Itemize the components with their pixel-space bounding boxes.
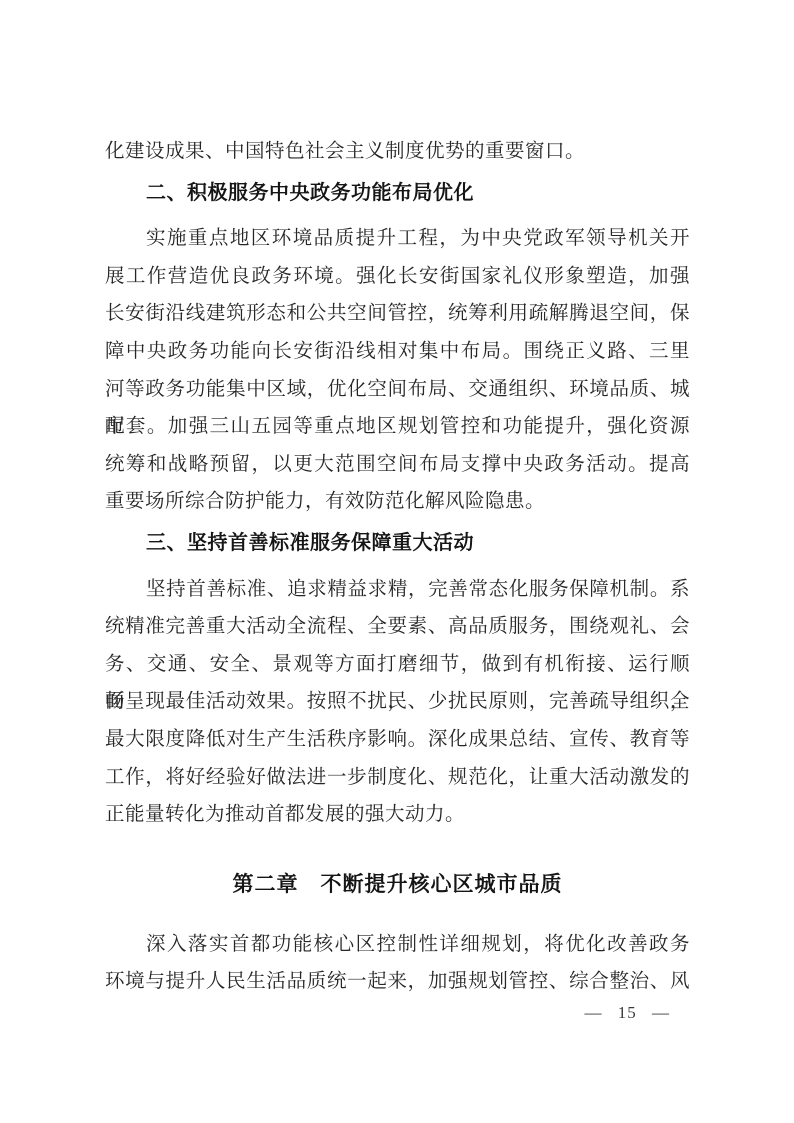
- body-line: 重要场所综合防护能力，有效防范化解风险隐患。: [105, 483, 690, 521]
- body-line: 统筹和战略预留，以更大范围空间布局支撑中央政务活动。提高: [105, 446, 690, 484]
- chapter-heading: 第二章 不断提升核心区城市品质: [105, 864, 690, 906]
- body-line: 工作，将好经验好做法进一步制度化、规范化，让重大活动激发的: [105, 759, 690, 797]
- document-page: 化建设成果、中国特色社会主义制度优势的重要窗口。二、积极服务中央政务功能布局优化…: [0, 0, 794, 1123]
- body-line: 环境与提升人民生活品质统一起来，加强规划管控、综合整治、风: [105, 963, 690, 1001]
- body-line: 面呈现最佳活动效果。按照不扰民、少扰民原则，完善疏导组织，: [105, 683, 690, 721]
- body-line: 展工作营造优良政务环境。强化长安街国家礼仪形象塑造，加强: [105, 258, 690, 296]
- body-line: 障中央政务功能向长安街沿线相对集中布局。围绕正义路、三里: [105, 333, 690, 371]
- body-line: 坚持首善标准、追求精益求精，完善常态化服务保障机制。系: [105, 571, 690, 609]
- page-number: — 15 —: [585, 1003, 671, 1023]
- body-line: 长安街沿线建筑形态和公共空间管控，统筹利用疏解腾退空间，保: [105, 295, 690, 333]
- body-line: 务、交通、安全、景观等方面打磨细节，做到有机衔接、运行顺畅，全: [105, 646, 690, 684]
- body-line: 正能量转化为推动首都发展的强大动力。: [105, 796, 690, 834]
- body-line: 深入落实首都功能核心区控制性详细规划，将优化改善政务: [105, 926, 690, 964]
- body-line: 最大限度降低对生产生活秩序影响。深化成果总结、宣传、教育等: [105, 721, 690, 759]
- body-line: 河等政务功能集中区域，优化空间布局、交通组织、环境品质、城市: [105, 371, 690, 409]
- body-line: 配套。加强三山五园等重点地区规划管控和功能提升，强化资源: [105, 408, 690, 446]
- body-line: 实施重点地区环境品质提升工程，为中央党政军领导机关开: [105, 220, 690, 258]
- section-heading: 三、坚持首善标准服务保障重大活动: [105, 525, 690, 563]
- body-line: 化建设成果、中国特色社会主义制度优势的重要窗口。: [105, 133, 690, 171]
- document-body: 化建设成果、中国特色社会主义制度优势的重要窗口。二、积极服务中央政务功能布局优化…: [105, 133, 690, 1001]
- section-heading: 二、积极服务中央政务功能布局优化: [105, 175, 690, 213]
- body-line: 统精准完善重大活动全流程、全要素、高品质服务，围绕观礼、会: [105, 608, 690, 646]
